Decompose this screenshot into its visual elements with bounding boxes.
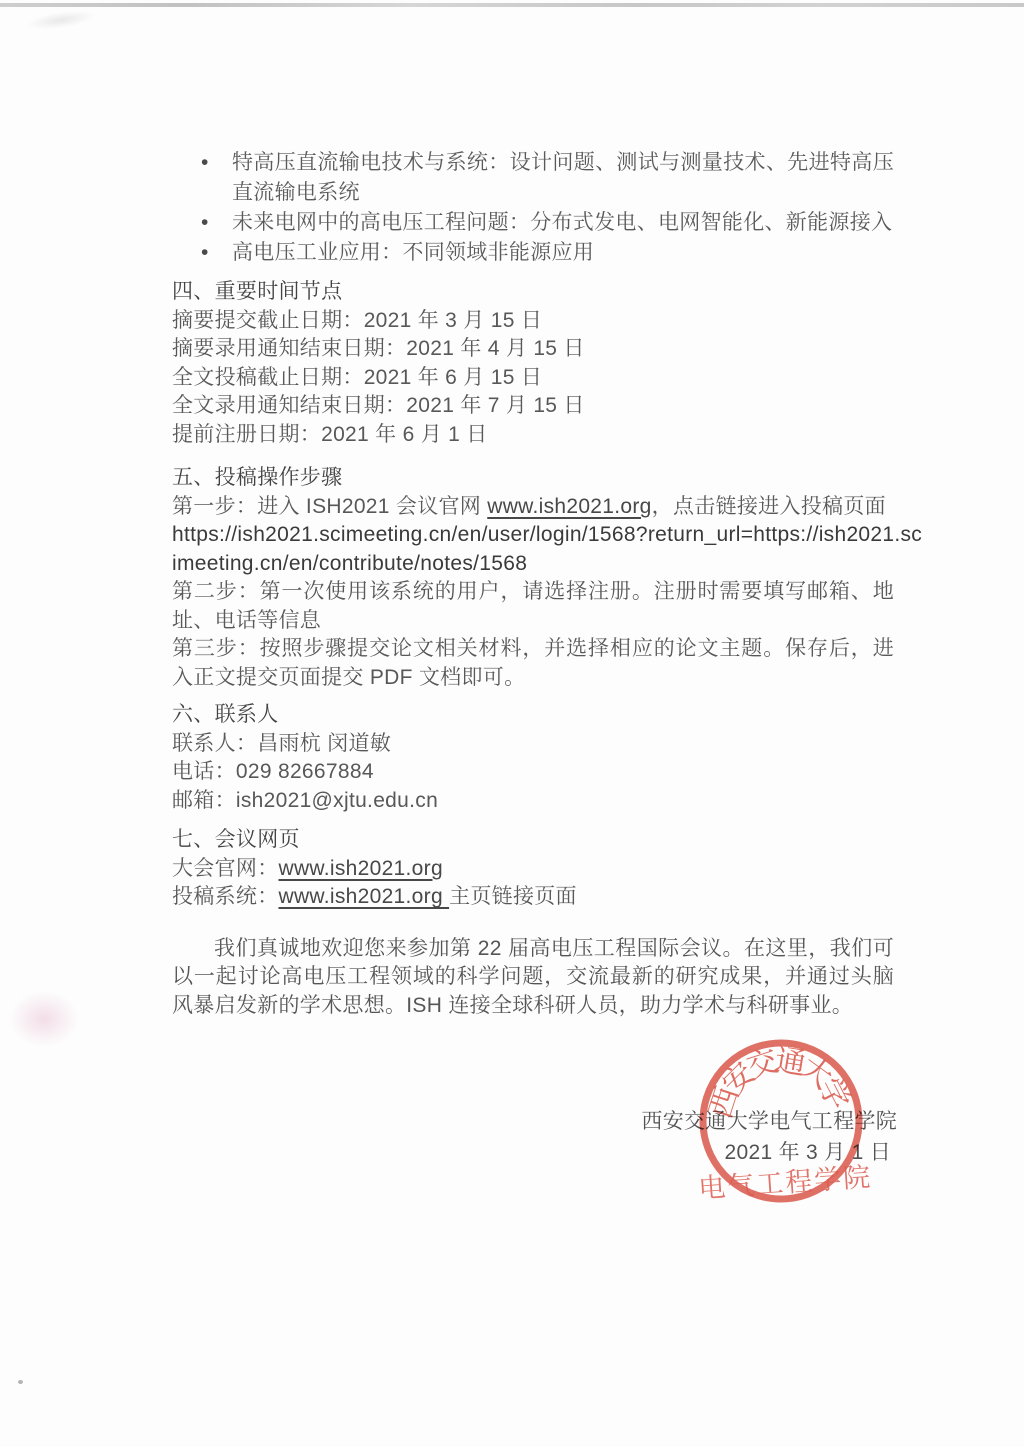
date-line-fullpaper-notice: 全文录用通知结束日期：2021 年 7 月 15 日 [172,392,894,421]
document-content: • 特高压直流输电技术与系统：设计问题、测试与测量技术、先进特高压直流输电系统 … [172,0,894,1020]
date-line-early-registration: 提前注册日期：2021 年 6 月 1 日 [172,421,894,450]
bullet-icon: • [201,208,209,238]
stamp-bottom-text: 电气工程学院 [697,1162,873,1204]
step1-text: 第一步：进入 ISH2021 会议官网 [172,495,487,518]
contact-email-line: 邮箱：ish2021@xjtu.edu.cn [172,787,894,816]
official-site-line: 大会官网：www.ish2021.org [172,855,894,884]
submission-site-suffix: 主页链接页面 [449,885,577,908]
scan-speck-artifact [18,1380,23,1384]
date-line-fullpaper-deadline: 全文投稿截止日期：2021 年 6 月 15 日 [172,364,894,393]
official-seal-stamp: 西 安 交 通 大 学 电气工程学院 [669,1009,893,1233]
official-site-link[interactable]: www.ish2021.org [279,857,443,880]
bullet-item-uhvdc: • 特高压直流输电技术与系统：设计问题、测试与测量技术、先进特高压直流输电系统 [172,148,894,208]
step1-text-after: ，点击链接进入投稿页面 [652,495,886,518]
bullet-text: 未来电网中的高电压工程问题：分布式发电、电网智能化、新能源接入 [232,211,892,234]
topic-bullet-list: • 特高压直流输电技术与系统：设计问题、测试与测量技术、先进特高压直流输电系统 … [172,148,894,268]
bullet-text: 特高压直流输电技术与系统：设计问题、测试与测量技术、先进特高压直流输电系统 [232,151,894,204]
contact-phone-line: 电话：029 82667884 [172,758,894,787]
date-line-abstract-notice: 摘要录用通知结束日期：2021 年 4 月 15 日 [172,335,894,364]
scan-smudge-artifact [25,7,97,33]
scanned-document-page: • 特高压直流输电技术与系统：设计问题、测试与测量技术、先进特高压直流输电系统 … [0,0,1024,1447]
bullet-item-industry-app: • 高电压工业应用：不同领域非能源应用 [172,238,894,268]
step2-line: 第二步：第一次使用该系统的用户，请选择注册。注册时需要填写邮箱、地址、电话等信息 [172,578,894,635]
ish2021-site-link[interactable]: www.ish2021.org [487,495,651,518]
scan-pink-smudge-artifact [8,990,80,1048]
official-site-label: 大会官网： [172,857,279,880]
submission-site-link[interactable]: www.ish2021.org [279,885,450,908]
bullet-item-future-grid: • 未来电网中的高电压工程问题：分布式发电、电网智能化、新能源接入 [172,208,894,238]
submission-site-label: 投稿系统： [172,885,279,908]
bullet-text: 高电压工业应用：不同领域非能源应用 [232,241,594,264]
submission-url-line2: imeeting.cn/en/contribute/notes/1568 [172,550,894,579]
submission-url-line1: https://ish2021.scimeeting.cn/en/user/lo… [172,521,894,550]
contact-person-line: 联系人：昌雨杭 闵道敏 [172,730,894,759]
step1-line: 第一步：进入 ISH2021 会议官网 www.ish2021.org，点击链接… [172,493,894,522]
bullet-icon: • [201,148,209,178]
section-title-important-dates: 四、重要时间节点 [172,278,894,307]
section-title-conference-web: 七、会议网页 [172,826,894,855]
submission-site-line: 投稿系统：www.ish2021.org 主页链接页面 [172,883,894,912]
date-line-abstract-deadline: 摘要提交截止日期：2021 年 3 月 15 日 [172,307,894,336]
step3-line: 第三步：按照步骤提交论文相关材料，并选择相应的论文主题。保存后，进入正文提交页面… [172,635,894,692]
section-title-submission-steps: 五、投稿操作步骤 [172,464,894,493]
bullet-icon: • [201,238,209,268]
section-title-contacts: 六、联系人 [172,701,894,730]
closing-paragraph: 我们真诚地欢迎您来参加第 22 届高电压工程国际会议。在这里，我们可以一起讨论高… [172,935,894,1021]
